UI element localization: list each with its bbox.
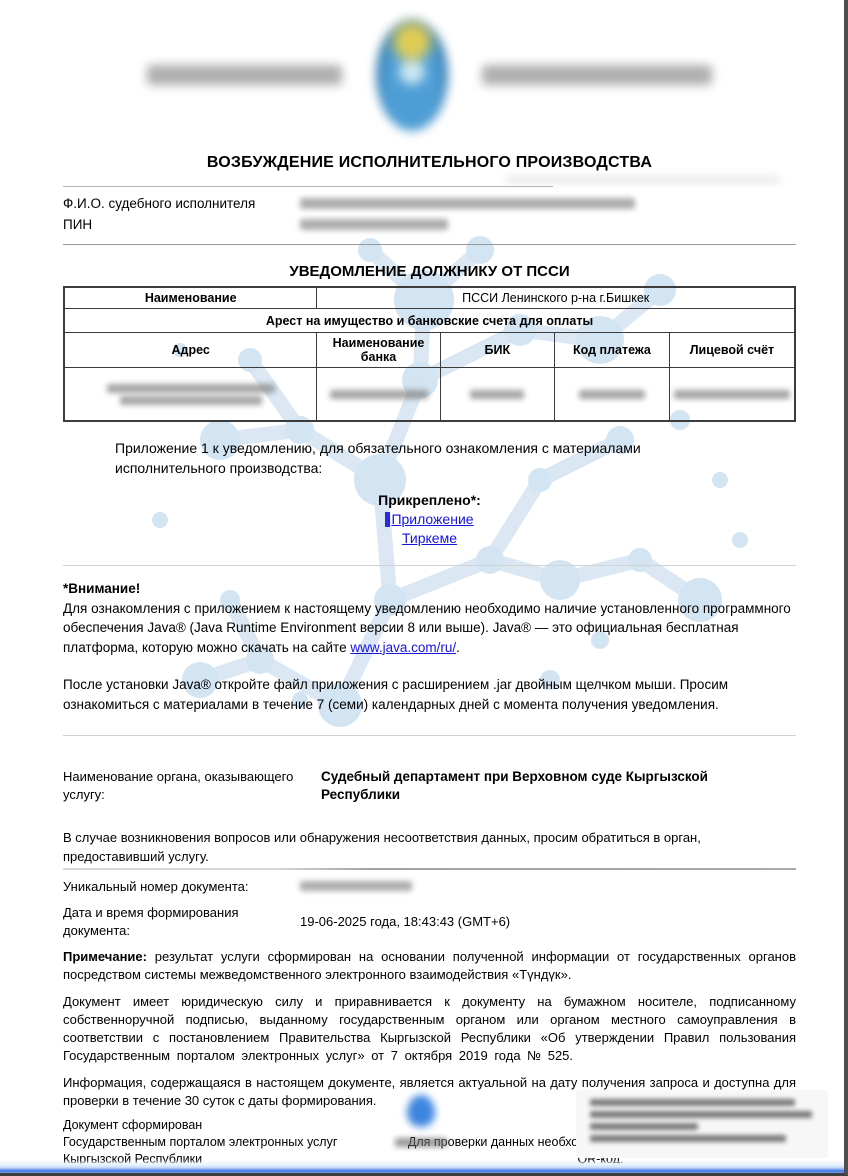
bottom-blue-bar (0, 1160, 844, 1173)
col-header-payment-code: Код платежа (554, 333, 669, 368)
doc-datetime-label: Дата и время формирования документа: (63, 904, 300, 939)
redacted-logo-caption (395, 1138, 447, 1147)
doc-number-label: Уникальный номер документа: (63, 878, 300, 896)
legal-block: Примечание: результат услуги сформирован… (63, 948, 796, 1110)
legal-note-text: результат услуги сформирован на основани… (63, 949, 796, 982)
redacted-qr-info-block (576, 1090, 828, 1158)
redacted-bik-cell (440, 368, 554, 422)
redacted-header-text-left (147, 65, 342, 85)
annex-intro: Приложение 1 к уведомлению, для обязател… (115, 438, 700, 479)
gov-header (63, 16, 796, 134)
notice-heading: УВЕДОМЛЕНИЕ ДОЛЖНИКУ ОТ ПССИ (63, 263, 796, 280)
warning-paragraph-2: После установки Java® откройте файл прил… (63, 675, 796, 714)
divider (63, 735, 796, 736)
redacted-bank-cell (317, 368, 440, 422)
tunduk-logo (407, 1095, 435, 1127)
attached-label: Прикреплено*: (63, 491, 796, 509)
table-name-label: Наименование (64, 287, 317, 309)
executor-pin-label: ПИН (63, 214, 300, 235)
executor-fio-row: Ф.И.О. судебного исполнителя (63, 193, 796, 214)
formed-by-line1: Документ сформирован (63, 1117, 393, 1134)
table-row-name: Наименование ПССИ Ленинского р-на г.Бишк… (64, 287, 795, 309)
redacted-executor-pin (300, 219, 448, 230)
redacted-address-cell (64, 368, 317, 422)
attachment-link-row: Приложение (63, 510, 796, 528)
executor-pin-row: ПИН (63, 214, 796, 235)
service-org-label: Наименование органа, оказывающего услугу… (63, 768, 313, 806)
coat-of-arms-emblem (376, 19, 448, 131)
col-header-address: Адрес (64, 333, 317, 368)
document-title: ВОЗБУЖДЕНИЕ ИСПОЛНИТЕЛЬНОГО ПРОИЗВОДСТВА (63, 154, 796, 172)
legal-paragraph-2: Документ имеет юридическую силу и прирав… (63, 993, 796, 1065)
executor-block: Ф.И.О. судебного исполнителя ПИН (63, 186, 796, 245)
attachment-link-kg[interactable]: Тиркеме (402, 530, 457, 546)
legal-note: Примечание: результат услуги сформирован… (63, 948, 796, 984)
col-header-bik: БИК (440, 333, 554, 368)
warning-text-after-link: . (456, 640, 460, 655)
warning-paragraph-1: Для ознакомления с приложением к настоящ… (63, 599, 796, 658)
executor-fio-label: Ф.И.О. судебного исполнителя (63, 193, 300, 214)
service-org-row: Наименование органа, оказывающего услугу… (63, 768, 796, 806)
notice-table: Наименование ПССИ Ленинского р-на г.Бишк… (63, 286, 796, 422)
legal-note-label: Примечание: (63, 949, 147, 964)
doc-datetime-value: 19-06-2025 года, 18:43:43 (GMT+6) (300, 913, 510, 931)
table-data-row (64, 368, 795, 422)
col-header-bank: Наименование банка (317, 333, 440, 368)
redacted-doc-number (300, 881, 412, 891)
service-org-value: Судебный департамент при Верховном суде … (321, 768, 761, 806)
redacted-account-cell (669, 368, 795, 422)
table-name-value: ПССИ Ленинского р-на г.Бишкек (317, 287, 795, 309)
java-download-link[interactable]: www.java.com/ru/ (350, 640, 456, 655)
text-cursor (385, 512, 390, 527)
doc-datetime-row: Дата и время формирования документа: 19-… (63, 904, 796, 939)
attachment-link-ru[interactable]: Приложение (391, 511, 473, 527)
contact-note: В случае возникновения вопросов или обна… (63, 829, 796, 865)
col-header-account: Лицевой счёт (669, 333, 795, 368)
redacted-executor-name (300, 198, 635, 209)
table-subject: Арест на имущество и банковские счета дл… (64, 309, 795, 333)
document-page: ВОЗБУЖДЕНИЕ ИСПОЛНИТЕЛЬНОГО ПРОИЗВОДСТВА… (0, 0, 848, 1176)
table-row-subject: Арест на имущество и банковские счета дл… (64, 309, 795, 333)
redacted-header-text-right (482, 65, 712, 85)
redacted-payment-code-cell (554, 368, 669, 422)
divider (63, 565, 796, 566)
attached-block: Прикреплено*: Приложение Тиркеме (63, 491, 796, 548)
divider (63, 868, 796, 870)
warning-title: *Внимание! (63, 579, 796, 599)
table-header-row: Адрес Наименование банка БИК Код платежа… (64, 333, 795, 368)
doc-number-row: Уникальный номер документа: (63, 878, 796, 896)
attachment-link-row: Тиркеме (63, 529, 796, 547)
warning-block: *Внимание! Для ознакомления с приложение… (63, 579, 796, 714)
